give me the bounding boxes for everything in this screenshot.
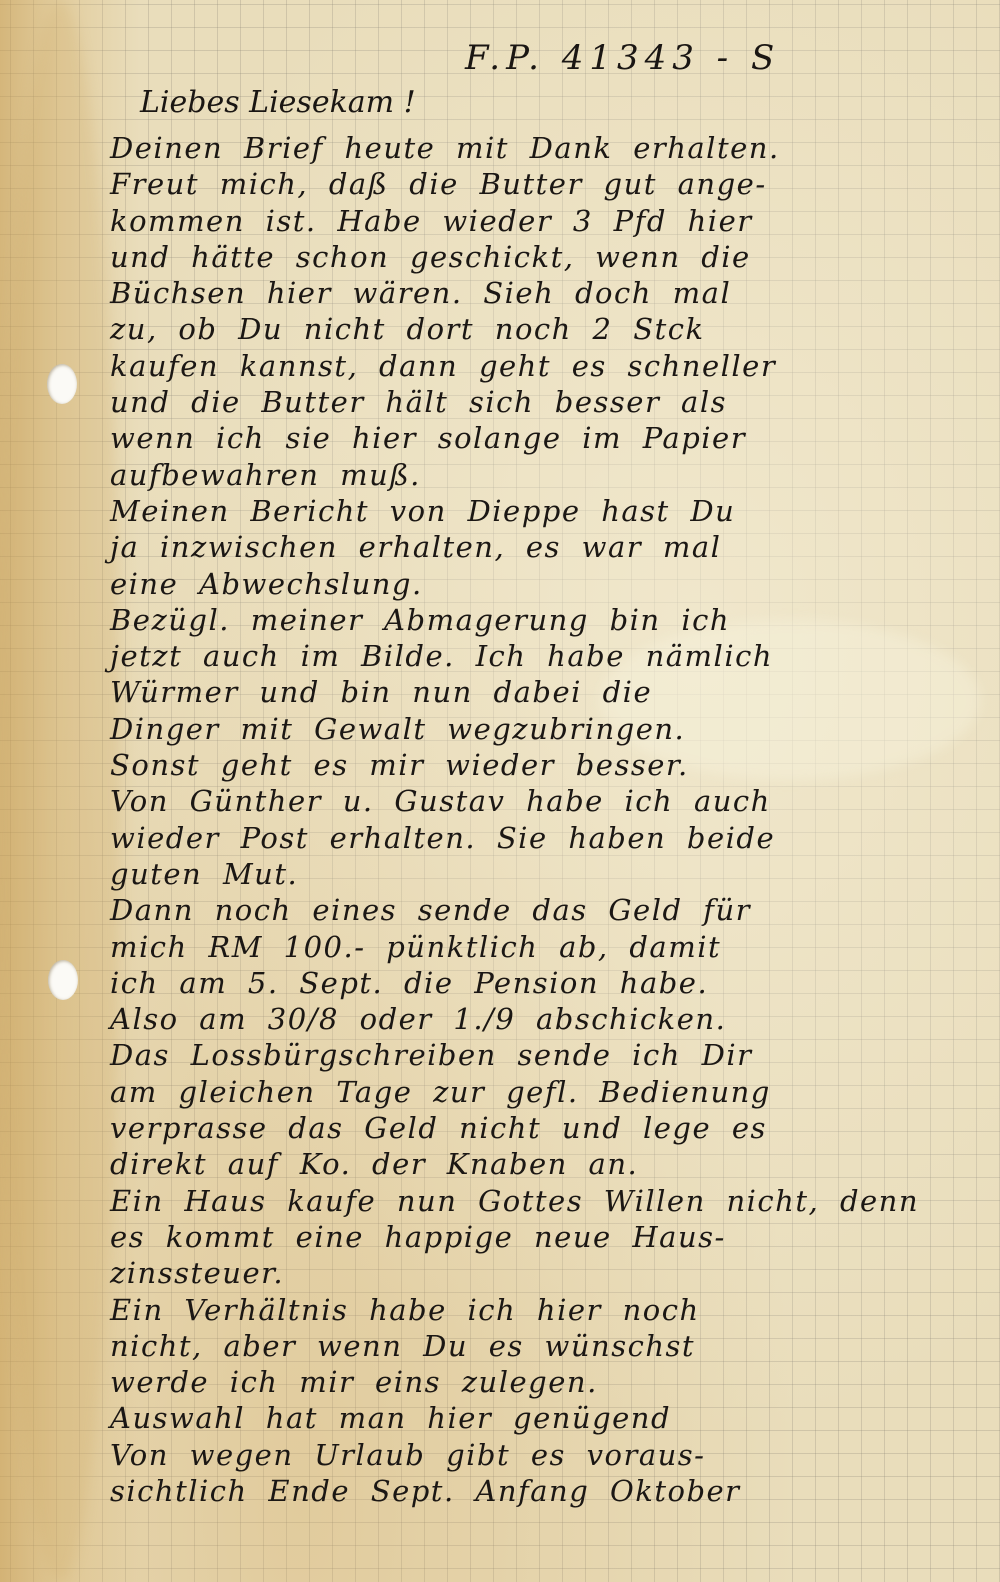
letter-line: Ein Verhältnis habe ich hier noch (110, 1292, 990, 1328)
letter-line: Dann noch eines sende das Geld für (110, 892, 990, 928)
letter-line: direkt auf Ko. der Knaben an. (110, 1146, 990, 1182)
letter-line: Auswahl hat man hier genügend (110, 1400, 990, 1436)
letter-line: Das Lossbürgschreiben sende ich Dir (110, 1037, 990, 1073)
letter-line: Ein Haus kaufe nun Gottes Willen nicht, … (110, 1183, 990, 1219)
field-post-number: F.P. 41343 - S (465, 38, 780, 78)
letter-line: und hätte schon geschickt, wenn die (110, 239, 990, 275)
letter-line: ja inzwischen erhalten, es war mal (110, 529, 990, 565)
letter-body: Deinen Brief heute mit Dank erhalten. Fr… (110, 130, 990, 1509)
letter-line: kaufen kannst, dann geht es schneller (110, 348, 990, 384)
letter-line: am gleichen Tage zur gefl. Bedienung (110, 1074, 990, 1110)
letter-line: Deinen Brief heute mit Dank erhalten. (110, 130, 990, 166)
letter-line: zu, ob Du nicht dort noch 2 Stck (110, 311, 990, 347)
letter-line: wenn ich sie hier solange im Papier (110, 420, 990, 456)
letter-line: Würmer und bin nun dabei die (110, 674, 990, 710)
letter-line: es kommt eine happige neue Haus- (110, 1219, 990, 1255)
letter-line: eine Abwechslung. (110, 566, 990, 602)
letter-page: F.P. 41343 - S Liebes Liesekam ! Deinen … (0, 0, 1000, 1582)
punch-hole-top (47, 364, 77, 404)
letter-line: mich RM 100.- pünktlich ab, damit (110, 929, 990, 965)
letter-line: Bezügl. meiner Abmagerung bin ich (110, 602, 990, 638)
letter-line: jetzt auch im Bilde. Ich habe nämlich (110, 638, 990, 674)
letter-line: Von wegen Urlaub gibt es voraus- (110, 1437, 990, 1473)
letter-line: verprasse das Geld nicht und lege es (110, 1110, 990, 1146)
punch-hole-bottom (48, 960, 78, 1000)
letter-line: Freut mich, daß die Butter gut ange- (110, 166, 990, 202)
letter-line: ich am 5. Sept. die Pension habe. (110, 965, 990, 1001)
letter-line: werde ich mir eins zulegen. (110, 1364, 990, 1400)
letter-line: zinssteuer. (110, 1255, 990, 1291)
letter-line: und die Butter hält sich besser als (110, 384, 990, 420)
letter-line: Dinger mit Gewalt wegzubringen. (110, 711, 990, 747)
letter-line: aufbewahren muß. (110, 457, 990, 493)
edge-stain (0, 0, 120, 1582)
salutation: Liebes Liesekam ! (140, 85, 416, 120)
letter-line: sichtlich Ende Sept. Anfang Oktober (110, 1473, 990, 1509)
letter-line: guten Mut. (110, 856, 990, 892)
letter-line: kommen ist. Habe wieder 3 Pfd hier (110, 203, 990, 239)
letter-line: Von Günther u. Gustav habe ich auch (110, 783, 990, 819)
letter-line: Büchsen hier wären. Sieh doch mal (110, 275, 990, 311)
letter-line: nicht, aber wenn Du es wünschst (110, 1328, 990, 1364)
letter-line: Meinen Bericht von Dieppe hast Du (110, 493, 990, 529)
letter-line: wieder Post erhalten. Sie haben beide (110, 820, 990, 856)
letter-line: Also am 30/8 oder 1./9 abschicken. (110, 1001, 990, 1037)
letter-line: Sonst geht es mir wieder besser. (110, 747, 990, 783)
